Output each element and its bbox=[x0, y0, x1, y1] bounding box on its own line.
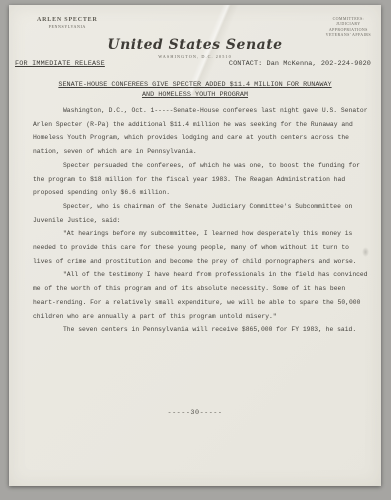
senate-address: WASHINGTON, D.C. 20510 bbox=[9, 54, 381, 59]
headline: SENATE-HOUSE CONFEREES GIVE SPECTER ADDE… bbox=[9, 81, 381, 100]
end-mark: -----30----- bbox=[9, 409, 381, 417]
paragraph: Specter persuaded the conferees, of whic… bbox=[33, 159, 369, 200]
senate-masthead: United States Senate bbox=[9, 37, 381, 53]
paragraph: The seven centers in Pennsylvania will r… bbox=[33, 323, 369, 337]
senator-letterhead-block: ARLEN SPECTER PENNSYLVANIA bbox=[37, 17, 98, 29]
senator-name: ARLEN SPECTER bbox=[37, 17, 98, 23]
release-row: FOR IMMEDIATE RELEASE CONTACT: Dan McKen… bbox=[15, 60, 371, 68]
paragraph: Washington, D.C., Oct. 1-----Senate-Hous… bbox=[33, 104, 369, 159]
headline-line2: AND HOMELESS YOUTH PROGRAM bbox=[142, 91, 248, 99]
paragraph: "All of the testimony I have heard from … bbox=[33, 268, 369, 323]
release-label: FOR IMMEDIATE RELEASE bbox=[15, 60, 105, 68]
headline-line1: SENATE-HOUSE CONFEREES GIVE SPECTER ADDE… bbox=[58, 81, 331, 89]
paragraph: "At hearings before my subcommittee, I l… bbox=[33, 227, 369, 268]
scanned-press-release: { "page": { "background_color": "#a6a5a2… bbox=[0, 0, 391, 500]
press-release-page: ARLEN SPECTER PENNSYLVANIA COMMITTEES: J… bbox=[9, 5, 381, 486]
paragraph: Specter, who is chairman of the Senate J… bbox=[33, 200, 369, 227]
senator-state: PENNSYLVANIA bbox=[37, 24, 98, 29]
contact-info: CONTACT: Dan McKenna, 202-224-9020 bbox=[229, 60, 371, 68]
body-text: Washington, D.C., Oct. 1-----Senate-Hous… bbox=[33, 104, 369, 337]
committees-list: COMMITTEES: JUDICIARY APPROPRIATIONS VET… bbox=[326, 16, 371, 38]
